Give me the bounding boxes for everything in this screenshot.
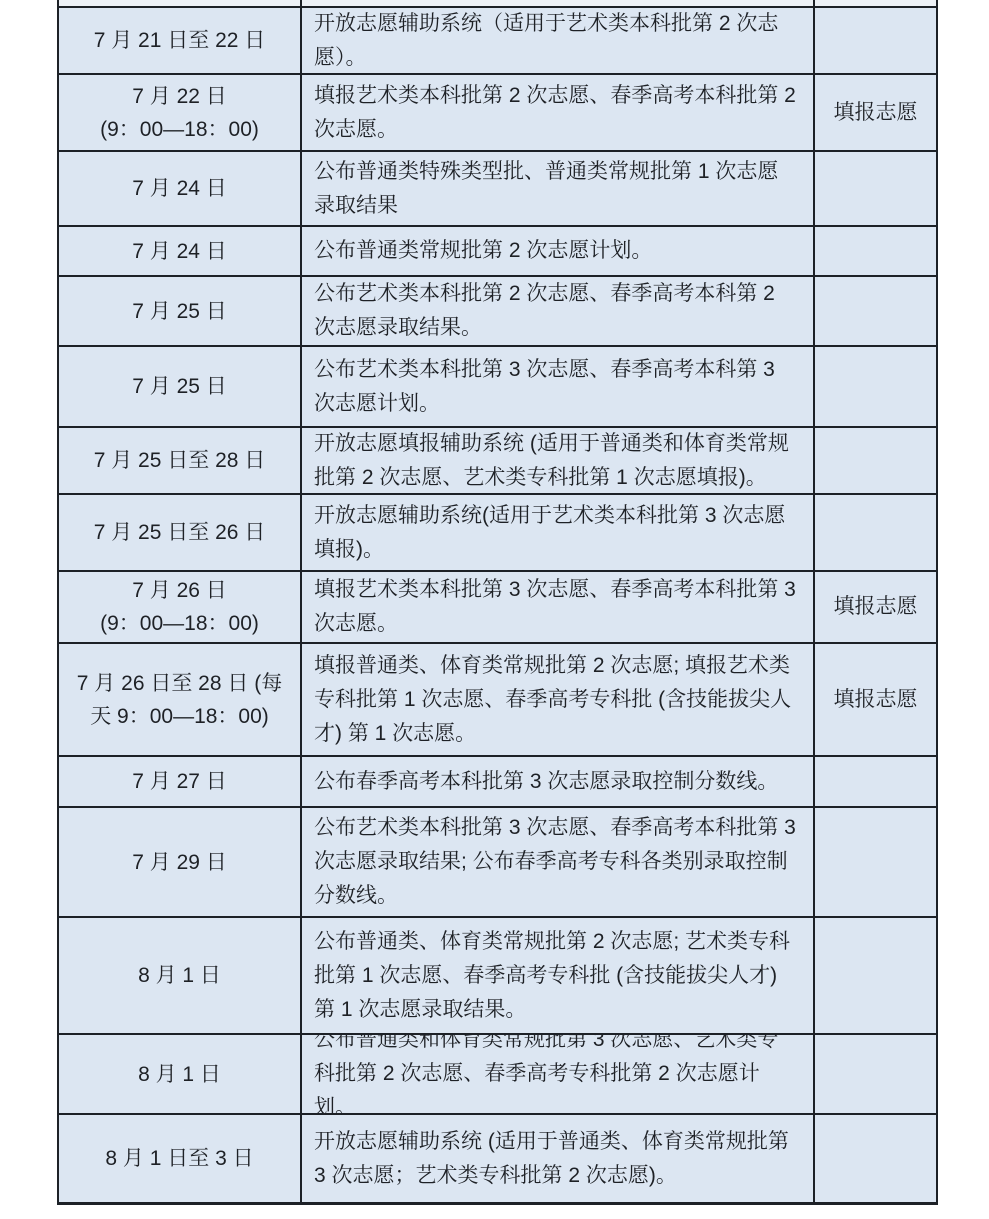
action-cell — [815, 428, 936, 493]
event-cell: 公布普通类特殊类型批、普通类常规批第 1 次志愿录取结果 — [302, 152, 815, 225]
table-row: 7 月 29 日 公布艺术类本科批第 3 次志愿、春季高考本科批第 3 次志愿录… — [59, 808, 936, 918]
event-cell: 填报普通类、体育类常规批第 2 次志愿; 填报艺术类专科批第 1 次志愿、春季高… — [302, 644, 815, 755]
action-cell: 填报志愿 — [815, 75, 936, 150]
table-row: 7 月 25 日 公布艺术类本科批第 3 次志愿、春季高考本科第 3 次志愿计划… — [59, 347, 936, 428]
action-cell: 填报志愿 — [815, 572, 936, 642]
action-cell — [815, 918, 936, 1033]
action-cell — [815, 8, 936, 73]
action-cell — [815, 347, 936, 426]
date-cell: 7 月 27 日 — [59, 757, 302, 806]
table-row-clipped — [59, 0, 936, 8]
table-row: 8 月 1 日 公布普通类和体育类常规批第 3 次志愿、艺术类专科批第 2 次志… — [59, 1035, 936, 1115]
date-cell: 7 月 26 日 (9：00—18：00) — [59, 572, 302, 642]
event-cell: 公布普通类和体育类常规批第 3 次志愿、艺术类专科批第 2 次志愿、春季高考专科… — [302, 1035, 815, 1113]
date-cell: 7 月 25 日 — [59, 347, 302, 426]
action-cell — [815, 808, 936, 916]
event-cell: 公布普通类、体育类常规批第 2 次志愿; 艺术类专科批第 1 次志愿、春季高考专… — [302, 918, 815, 1033]
action-cell — [815, 152, 936, 225]
event-cell: 公布艺术类本科批第 2 次志愿、春季高考本科第 2 次志愿录取结果。 — [302, 277, 815, 345]
date-cell: 7 月 21 日至 22 日 — [59, 8, 302, 73]
event-cell — [302, 0, 815, 6]
event-cell: 公布春季高考本科批第 3 次志愿录取控制分数线。 — [302, 757, 815, 806]
action-cell — [815, 1035, 936, 1113]
table-row: 7 月 25 日至 26 日 开放志愿辅助系统(适用于艺术类本科批第 3 次志愿… — [59, 495, 936, 572]
action-cell — [815, 227, 936, 275]
table-row: 8 月 1 日 公布普通类、体育类常规批第 2 次志愿; 艺术类专科批第 1 次… — [59, 918, 936, 1035]
event-cell: 开放志愿辅助系统(适用于艺术类本科批第 3 次志愿填报)。 — [302, 495, 815, 570]
event-cell: 公布艺术类本科批第 3 次志愿、春季高考本科批第 3 次志愿录取结果; 公布春季… — [302, 808, 815, 916]
action-cell — [815, 757, 936, 806]
event-cell: 开放志愿辅助系统（适用于艺术类本科批第 2 次志愿）。 — [302, 8, 815, 73]
date-cell: 8 月 1 日 — [59, 1035, 302, 1113]
action-cell — [815, 277, 936, 345]
table-row: 7 月 22 日 (9：00—18：00) 填报艺术类本科批第 2 次志愿、春季… — [59, 75, 936, 152]
table-row: 7 月 27 日 公布春季高考本科批第 3 次志愿录取控制分数线。 — [59, 757, 936, 808]
event-cell: 公布艺术类本科批第 3 次志愿、春季高考本科第 3 次志愿计划。 — [302, 347, 815, 426]
table-row: 8 月 1 日至 3 日 开放志愿辅助系统 (适用于普通类、体育类常规批第 3 … — [59, 1115, 936, 1205]
table-row: 7 月 24 日 公布普通类特殊类型批、普通类常规批第 1 次志愿录取结果 — [59, 152, 936, 227]
event-cell: 填报艺术类本科批第 3 次志愿、春季高考本科批第 3 次志愿。 — [302, 572, 815, 642]
table-row: 7 月 25 日 公布艺术类本科批第 2 次志愿、春季高考本科第 2 次志愿录取… — [59, 277, 936, 347]
date-cell — [59, 0, 302, 6]
table-row: 7 月 26 日至 28 日 (每 天 9：00—18：00) 填报普通类、体育… — [59, 644, 936, 757]
date-cell: 7 月 29 日 — [59, 808, 302, 916]
schedule-table: 7 月 21 日至 22 日 开放志愿辅助系统（适用于艺术类本科批第 2 次志愿… — [57, 0, 938, 1205]
date-cell: 7 月 26 日至 28 日 (每 天 9：00—18：00) — [59, 644, 302, 755]
table-row: 7 月 21 日至 22 日 开放志愿辅助系统（适用于艺术类本科批第 2 次志愿… — [59, 8, 936, 75]
date-cell: 7 月 24 日 — [59, 152, 302, 225]
event-cell: 填报艺术类本科批第 2 次志愿、春季高考本科批第 2 次志愿。 — [302, 75, 815, 150]
action-cell — [815, 495, 936, 570]
date-cell: 7 月 25 日至 26 日 — [59, 495, 302, 570]
action-cell — [815, 1115, 936, 1202]
table-row: 7 月 24 日 公布普通类常规批第 2 次志愿计划。 — [59, 227, 936, 277]
event-cell: 公布普通类常规批第 2 次志愿计划。 — [302, 227, 815, 275]
table-row: 7 月 25 日至 28 日 开放志愿填报辅助系统 (适用于普通类和体育类常规批… — [59, 428, 936, 495]
event-cell: 开放志愿填报辅助系统 (适用于普通类和体育类常规批第 2 次志愿、艺术类专科批第… — [302, 428, 815, 493]
date-cell: 7 月 24 日 — [59, 227, 302, 275]
table-row: 7 月 26 日 (9：00—18：00) 填报艺术类本科批第 3 次志愿、春季… — [59, 572, 936, 644]
date-cell: 8 月 1 日 — [59, 918, 302, 1033]
event-cell: 开放志愿辅助系统 (适用于普通类、体育类常规批第 3 次志愿；艺术类专科批第 2… — [302, 1115, 815, 1202]
action-cell — [815, 0, 936, 6]
date-cell: 8 月 1 日至 3 日 — [59, 1115, 302, 1202]
date-cell: 7 月 25 日至 28 日 — [59, 428, 302, 493]
date-cell: 7 月 22 日 (9：00—18：00) — [59, 75, 302, 150]
date-cell: 7 月 25 日 — [59, 277, 302, 345]
action-cell: 填报志愿 — [815, 644, 936, 755]
